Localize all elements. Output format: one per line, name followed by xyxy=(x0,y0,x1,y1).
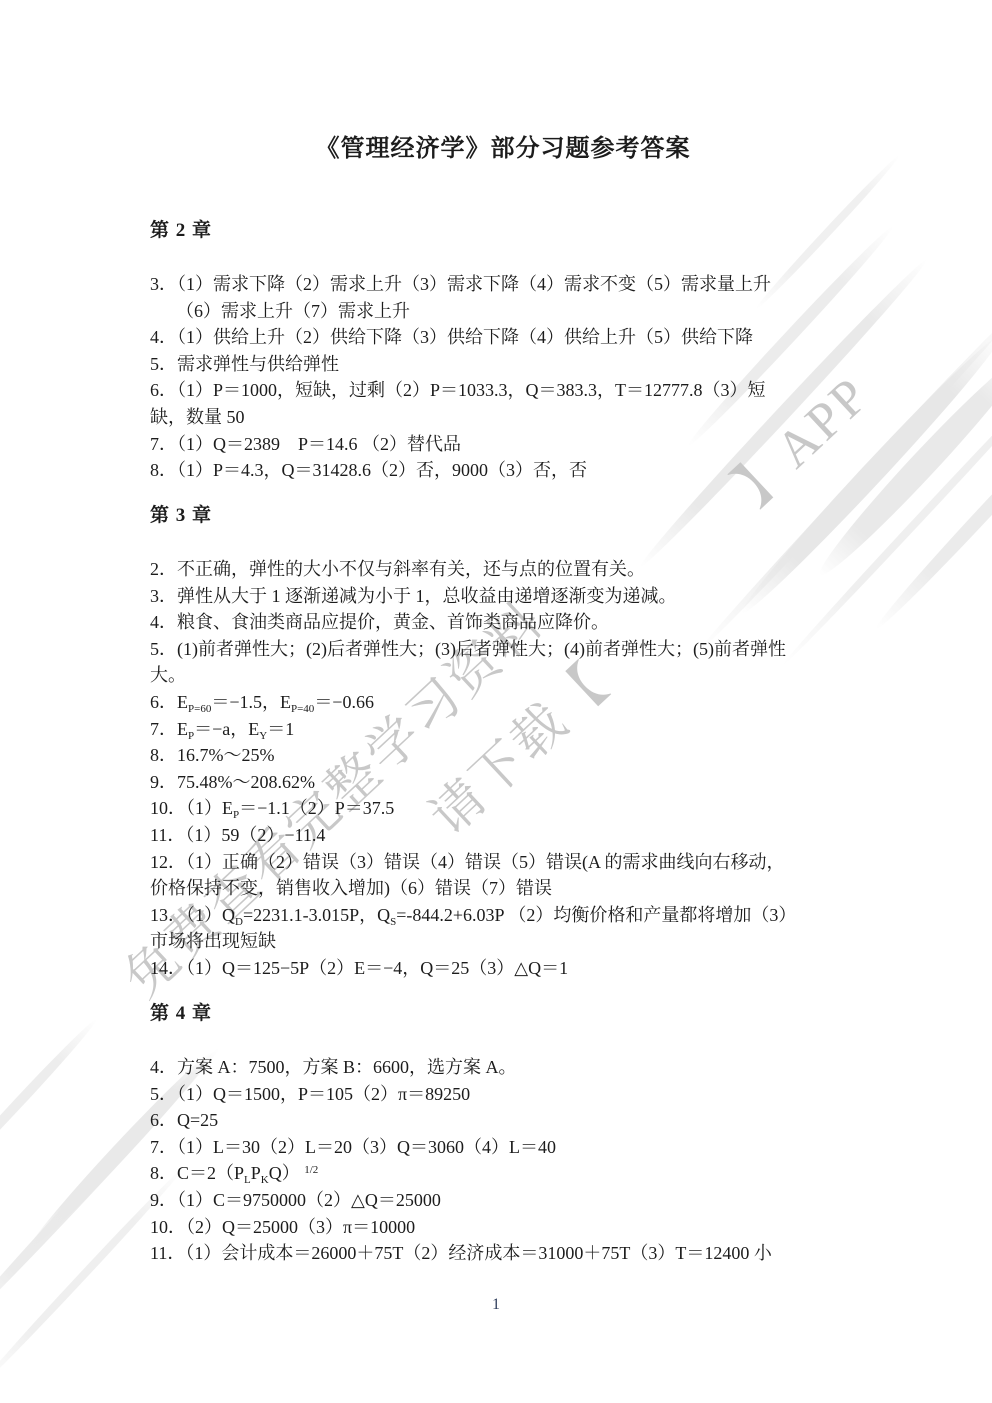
chapter-heading: 第 3 章 xyxy=(150,504,870,528)
streak-icon xyxy=(871,390,992,634)
answer-line: 6．（1）P＝1000，短缺，过剩（2）P＝1033.3，Q＝383.3，T＝1… xyxy=(150,377,870,404)
document-page: 免费查看完整学习资料 请下载【 】APP 《管理经济学》部分习题参考答案 第 2… xyxy=(0,0,992,1403)
page-number: 1 xyxy=(0,1296,992,1314)
answer-line: 价格保持不变，销售收入增加)（6）错误（7）错误 xyxy=(150,875,870,902)
answer-line: 11．（1）会计成本＝26000＋75T（2）经济成本＝31000＋75T（3）… xyxy=(150,1240,870,1267)
answer-line: 8．（1）P＝4.3，Q＝31428.6（2）否，9000（3）否，否 xyxy=(150,457,870,484)
answer-line: 4．方案 A：7500，方案 B：6600，选方案 A。 xyxy=(150,1054,870,1081)
answer-line: 7．（1）Q＝2389 P＝14.6 （2）替代品 xyxy=(150,431,870,458)
chapter-heading: 第 2 章 xyxy=(150,219,870,243)
answer-line: 缺，数量 50 xyxy=(150,404,870,431)
answer-line: 12．（1）正确（2）错误（3）错误（4）错误（5）错误(A 的需求曲线向右移动… xyxy=(150,849,870,876)
answer-line: 4．（1）供给上升（2）供给下降（3）供给下降（4）供给上升（5）供给下降 xyxy=(150,324,870,351)
chapter-section: 第 4 章4．方案 A：7500，方案 B：6600，选方案 A。5．（1）Q＝… xyxy=(150,1002,870,1267)
chapter-heading: 第 4 章 xyxy=(150,1002,870,1026)
answer-line: 5．（1）Q＝1500，P＝105（2）π＝89250 xyxy=(150,1081,870,1108)
chapter-section: 第 3 章2．不正确，弹性的大小不仅与斜率有关，还与点的位置有关。3．弹性从大于… xyxy=(150,504,870,982)
answer-line: 13．（1）QD=2231.1-3.015P，QS=-844.2+6.03P （… xyxy=(150,902,870,929)
answer-line: 7．EP＝−a，EY＝1 xyxy=(150,716,870,743)
streak-icon xyxy=(0,1015,101,1190)
answer-line: 5．需求弹性与供给弹性 xyxy=(150,351,870,378)
answer-line: 10．（1）EP＝−1.1（2）P＝37.5 xyxy=(150,795,870,822)
answer-line: 3．弹性从大于 1 逐渐递减为小于 1，总收益由递增逐渐变为递减。 xyxy=(150,583,870,610)
answer-line: 8．C＝2（PLPKQ） 1/2 xyxy=(150,1160,870,1187)
answer-line: 市场将出现短缺 xyxy=(150,928,870,955)
answer-line: 5．(1)前者弹性大；(2)后者弹性大；(3)后者弹性大；(4)前者弹性大；(5… xyxy=(150,636,870,663)
page-title: 《管理经济学》部分习题参考答案 xyxy=(150,128,856,163)
answer-line: （6）需求上升（7）需求上升 xyxy=(150,298,870,325)
answer-line: 6．Q=25 xyxy=(150,1107,870,1134)
answer-line: 2．不正确，弹性的大小不仅与斜率有关，还与点的位置有关。 xyxy=(150,556,870,583)
answer-line: 3．（1）需求下降（2）需求上升（3）需求下降（4）需求不变（5）需求量上升 xyxy=(150,271,870,298)
answer-line: 9．75.48%～208.62% xyxy=(150,769,870,796)
answer-line: 6．EP=60＝−1.5，EP=40＝−0.66 xyxy=(150,689,870,716)
answer-line: 9．（1）C＝9750000（2）△Q＝25000 xyxy=(150,1187,870,1214)
answer-line: 4．粮食、食油类商品应提价，黄金、首饰类商品应降价。 xyxy=(150,609,870,636)
answer-line: 14．（1）Q＝125−5P（2）E＝−4，Q＝25（3）△Q＝1 xyxy=(150,955,870,982)
answer-line: 大。 xyxy=(150,662,870,689)
answer-line: 11．（1）59（2）−11.4 xyxy=(150,822,870,849)
answer-line: 8．16.7%～25% xyxy=(150,742,870,769)
answer-line: 10．（2）Q＝25000（3）π＝10000 xyxy=(150,1214,870,1241)
chapter-section: 第 2 章3．（1）需求下降（2）需求上升（3）需求下降（4）需求不变（5）需求… xyxy=(150,219,870,484)
answer-line: 7．（1）L＝30（2）L＝20（3）Q＝3060（4）L＝40 xyxy=(150,1134,870,1161)
